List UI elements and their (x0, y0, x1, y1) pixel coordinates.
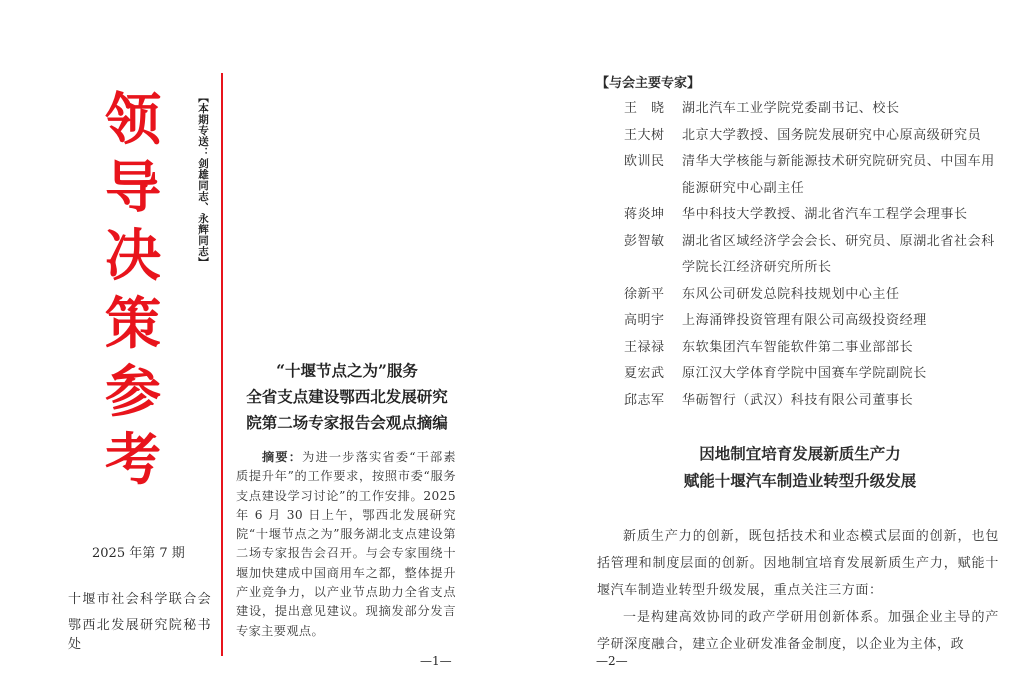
expert-title: 湖北汽车工业学院党委副书记、校长 (682, 96, 1004, 123)
expert-title: 华砺智行（武汉）科技有限公司董事长 (682, 388, 1004, 415)
expert-title: 东软集团汽车智能软件第二事业部部长 (682, 335, 1004, 362)
abstract: 摘要：为进一步落实省委“干部素质提升年”的工作要求，按照市委“服务支点建设学习讨… (236, 448, 456, 641)
expert-item: 高明宇上海涌铧投资管理有限公司高级投资经理 (624, 308, 1004, 335)
abstract-label: 摘要： (262, 450, 302, 464)
expert-title: 华中科技大学教授、湖北省汽车工程学会理事长 (682, 202, 1004, 229)
expert-title: 北京大学教授、国务院发展研究中心原高级研究员 (682, 123, 1004, 150)
masthead-char: 导 (105, 154, 161, 222)
page-number: —1— (420, 654, 452, 668)
red-divider (221, 73, 223, 656)
masthead-char: 策 (105, 290, 161, 358)
title-line: “十堰节点之为”服务 (232, 358, 462, 384)
masthead-char: 决 (105, 222, 161, 290)
expert-title: 上海涌铧投资管理有限公司高级投资经理 (682, 308, 1004, 335)
publisher-org: 十堰市社会科学联合会 (68, 588, 218, 607)
title-line: 因地制宜培育发展新质生产力 (590, 440, 1010, 467)
expert-name: 邱志军 (624, 388, 682, 415)
issue-number: 2025 年第 7 期 (92, 542, 185, 561)
expert-title: 清华大学核能与新能源技术研究院研究员、中国车用能源研究中心副主任 (682, 149, 1004, 202)
expert-item: 蒋炎坤华中科技大学教授、湖北省汽车工程学会理事长 (624, 202, 1004, 229)
masthead-title: 领 导 决 策 参 考 (98, 86, 168, 494)
expert-title: 东风公司研发总院科技规划中心主任 (682, 282, 1004, 309)
publisher-org: 鄂西北发展研究院秘书处 (68, 614, 218, 652)
abstract-text: 为进一步落实省委“干部素质提升年”的工作要求，按照市委“服务支点建设学习讨论”的… (236, 450, 456, 638)
expert-name: 王禄禄 (624, 335, 682, 362)
expert-list: 王 晓湖北汽车工业学院党委副书记、校长 王大树北京大学教授、国务院发展研究中心原… (624, 96, 1004, 414)
expert-item: 王 晓湖北汽车工业学院党委副书记、校长 (624, 96, 1004, 123)
expert-item: 邱志军华砺智行（武汉）科技有限公司董事长 (624, 388, 1004, 415)
expert-name: 高明宇 (624, 308, 682, 335)
expert-item: 徐新平东风公司研发总院科技规划中心主任 (624, 282, 1004, 309)
title-line: 全省支点建设鄂西北发展研究 (232, 384, 462, 410)
expert-name: 彭智敏 (624, 229, 682, 282)
masthead-char: 考 (105, 426, 161, 494)
expert-item: 夏宏武原江汉大学体育学院中国赛车学院副院长 (624, 361, 1004, 388)
masthead-char: 参 (105, 358, 161, 426)
expert-title: 原江汉大学体育学院中国赛车学院副院长 (682, 361, 1004, 388)
body-text: 新质生产力的创新，既包括技术和业态模式层面的创新，也包括管理和制度层面的创新。因… (597, 523, 999, 658)
expert-name: 欧训民 (624, 149, 682, 202)
masthead-char: 领 (105, 86, 161, 154)
expert-item: 王禄禄东软集团汽车智能软件第二事业部部长 (624, 335, 1004, 362)
expert-name: 夏宏武 (624, 361, 682, 388)
distribution-note: 【本期专送：剑雄同志、永辉同志】 (196, 92, 211, 268)
expert-name: 王大树 (624, 123, 682, 150)
paragraph: 一是构建高效协同的政产学研用创新体系。加强企业主导的产学研深度融合，建立企业研发… (597, 604, 999, 658)
expert-name: 王 晓 (624, 96, 682, 123)
title-line: 赋能十堰汽车制造业转型升级发展 (590, 467, 1010, 494)
section-title: 因地制宜培育发展新质生产力 赋能十堰汽车制造业转型升级发展 (590, 440, 1010, 494)
paragraph: 新质生产力的创新，既包括技术和业态模式层面的创新，也包括管理和制度层面的创新。因… (597, 523, 999, 604)
title-line: 院第二场专家报告会观点摘编 (232, 410, 462, 436)
expert-title: 湖北省区域经济学会会长、研究员、原湖北省社会科学院长江经济研究所所长 (682, 229, 1004, 282)
expert-name: 徐新平 (624, 282, 682, 309)
expert-name: 蒋炎坤 (624, 202, 682, 229)
expert-item: 王大树北京大学教授、国务院发展研究中心原高级研究员 (624, 123, 1004, 150)
experts-heading: 【与会主要专家】 (596, 72, 700, 91)
report-title: “十堰节点之为”服务 全省支点建设鄂西北发展研究 院第二场专家报告会观点摘编 (232, 358, 462, 436)
expert-item: 彭智敏湖北省区域经济学会会长、研究员、原湖北省社会科学院长江经济研究所所长 (624, 229, 1004, 282)
page-number: —2— (596, 654, 628, 668)
expert-item: 欧训民清华大学核能与新能源技术研究院研究员、中国车用能源研究中心副主任 (624, 149, 1004, 202)
